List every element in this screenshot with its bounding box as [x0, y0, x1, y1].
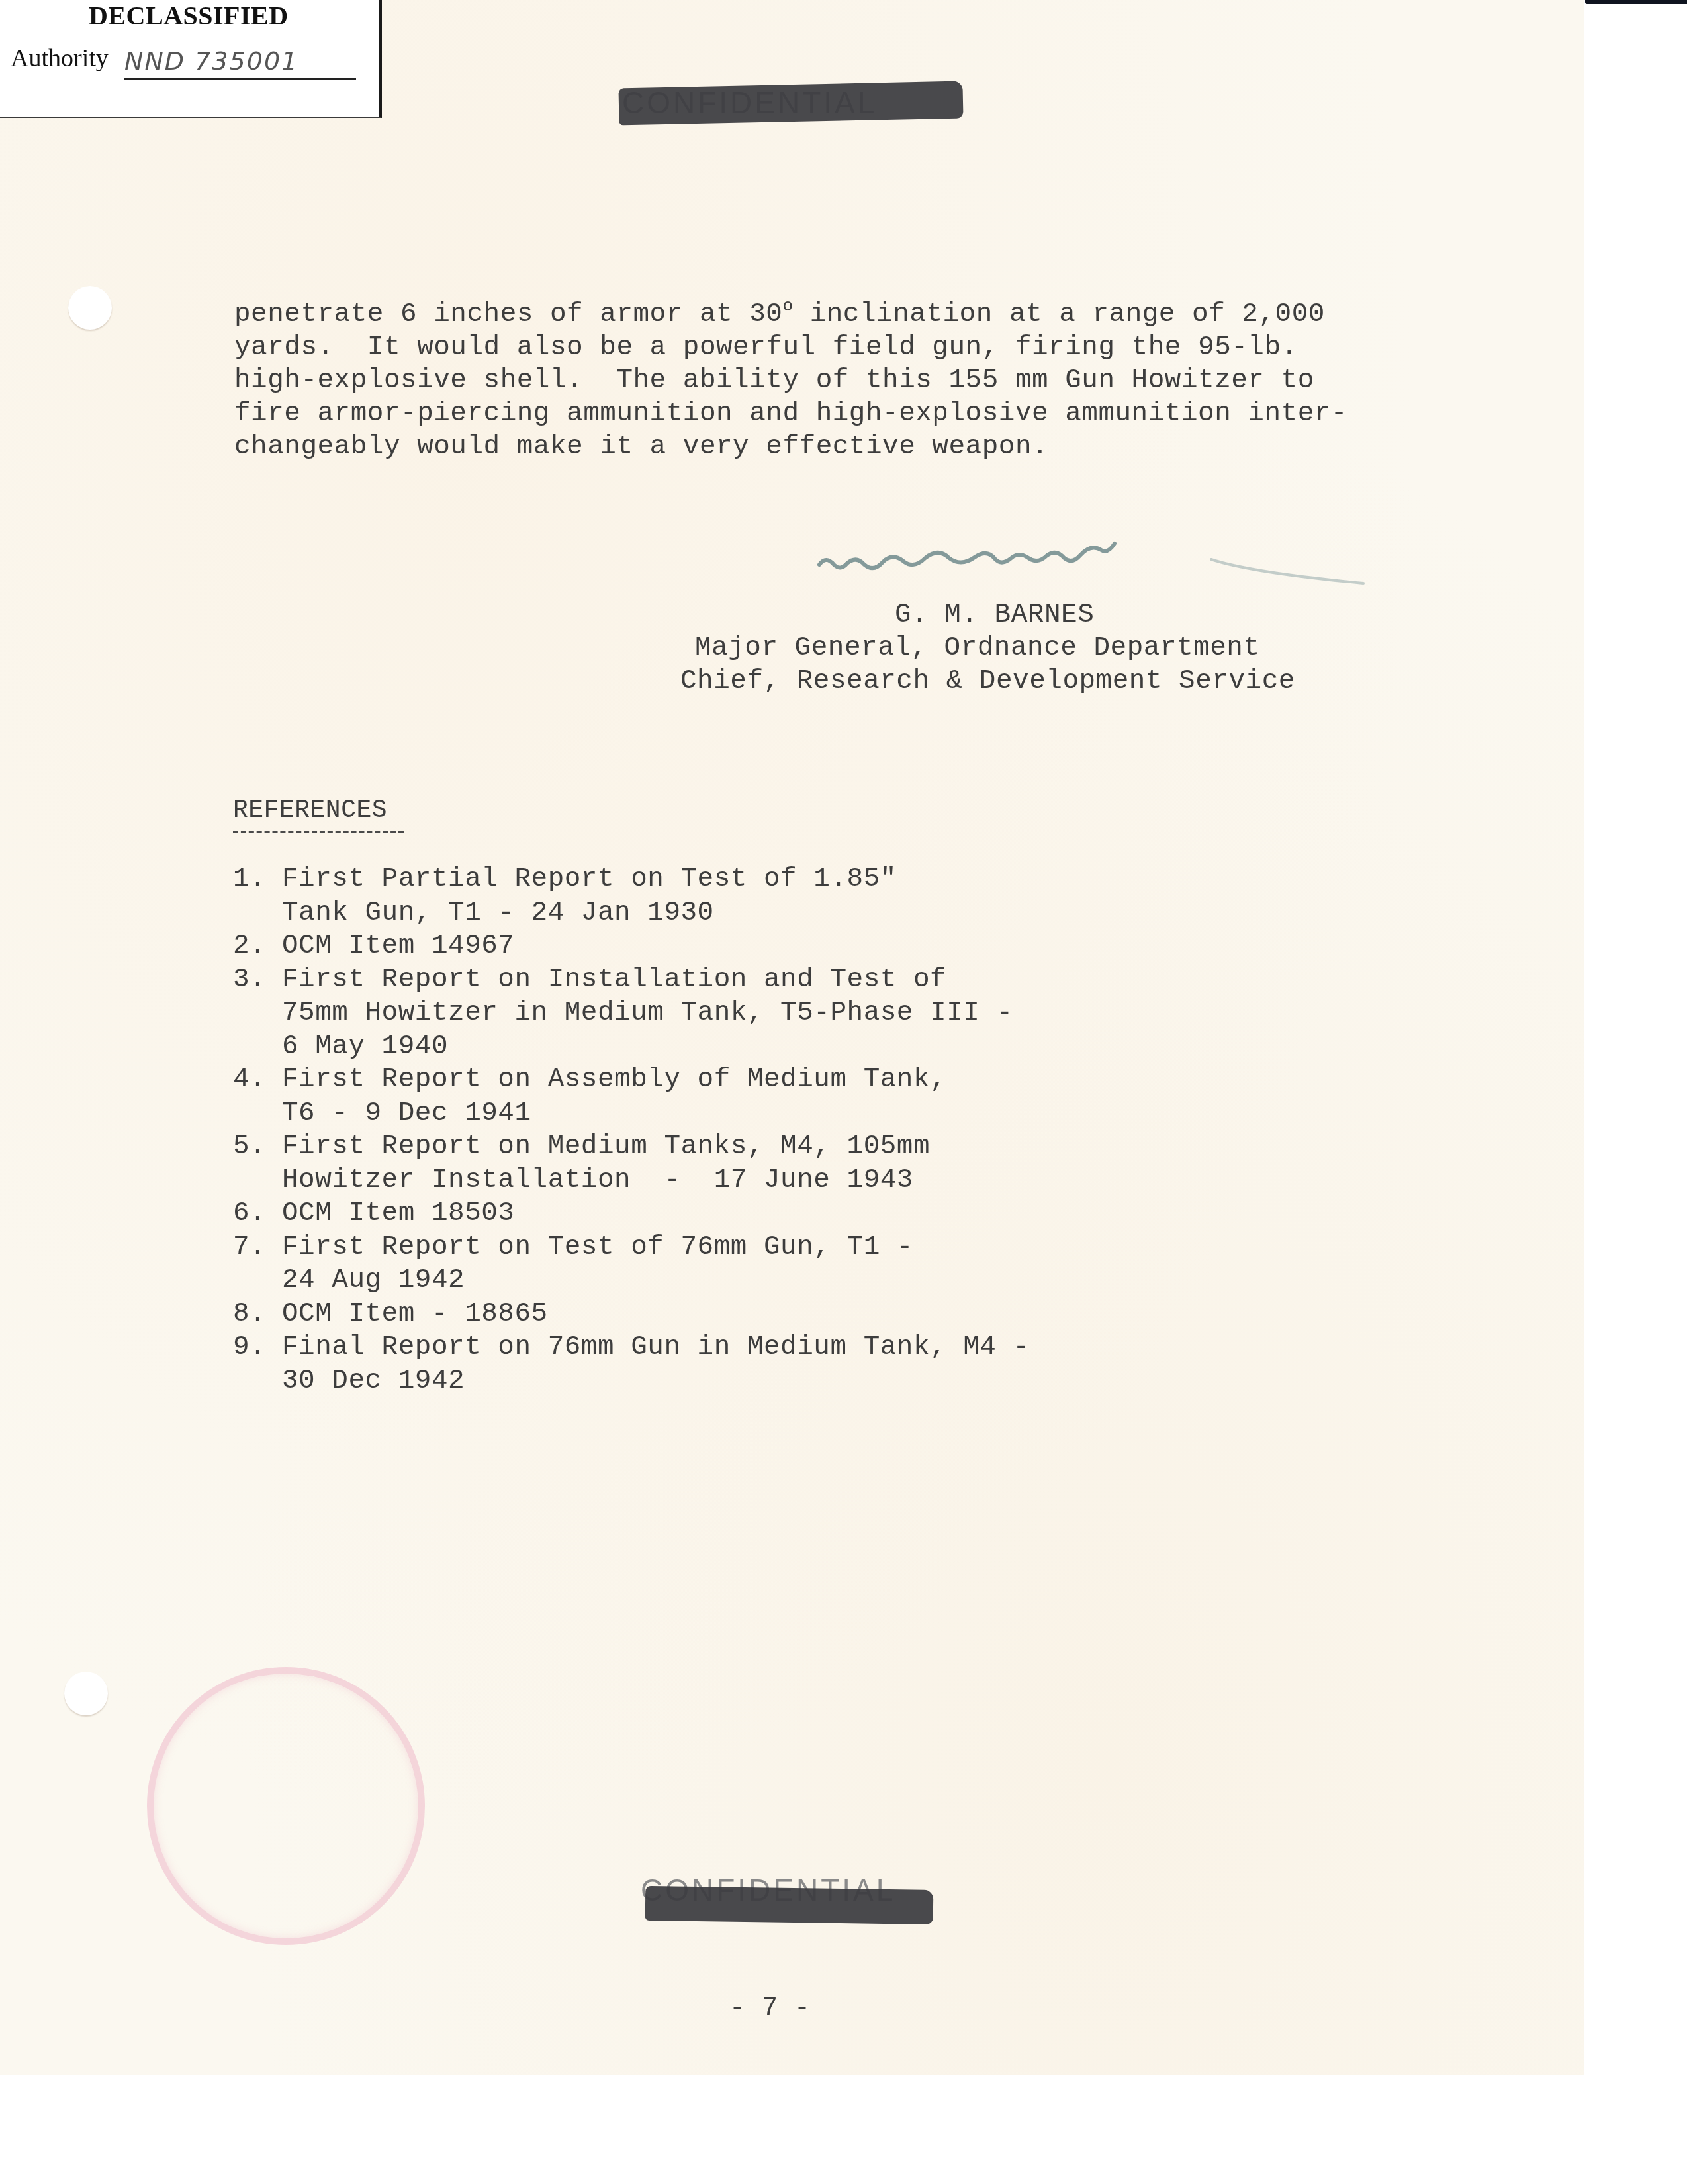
references-heading: REFERENCES	[233, 796, 387, 825]
authority-label: Authority	[11, 44, 109, 73]
reference-number: 2.	[233, 931, 266, 961]
reference-item-text: First Partial Report on Test of 1.85"	[282, 864, 897, 894]
redaction-bar-top	[618, 81, 963, 126]
reference-item-text: Final Report on 76mm Gun in Medium Tank,…	[282, 1332, 1030, 1362]
signer-title: Chief, Research & Development Service	[680, 666, 1295, 696]
degree-symbol: o	[782, 296, 793, 316]
reference-number: 6.	[233, 1198, 266, 1229]
reference-item-text: First Report on Installation and Test of	[282, 965, 946, 995]
body-line-3: high-explosive shell. The ability of thi…	[234, 365, 1314, 396]
reference-item-text: OCM Item 18503	[282, 1198, 514, 1229]
reference-item-text: First Report on Test of 76mm Gun, T1 -	[282, 1232, 913, 1262]
handwritten-signature	[814, 540, 1370, 586]
reference-item-text: 30 Dec 1942	[282, 1366, 465, 1396]
reference-item-text: T6 - 9 Dec 1941	[282, 1098, 531, 1129]
body-line-2: yards. It would also be a powerful field…	[234, 332, 1298, 363]
reference-number: 1.	[233, 864, 266, 894]
reference-item-text: 24 Aug 1942	[282, 1265, 465, 1296]
reference-item-text: 75mm Howitzer in Medium Tank, T5-Phase I…	[282, 998, 1013, 1028]
reference-item-text: Howitzer Installation - 17 June 1943	[282, 1165, 913, 1196]
body-line-1: penetrate 6 inches of armor at 30o incli…	[234, 299, 1325, 330]
reference-item-text: 6 May 1940	[282, 1031, 448, 1062]
punch-hole-bottom	[64, 1672, 108, 1715]
redaction-bar-bottom	[645, 1886, 934, 1924]
body-line-4: fire armor-piercing ammunition and high-…	[234, 399, 1347, 429]
reference-item-text: Tank Gun, T1 - 24 Jan 1930	[282, 898, 714, 928]
reference-item-text: OCM Item - 18865	[282, 1299, 548, 1329]
reference-number: 3.	[233, 965, 266, 995]
reference-item-text: OCM Item 14967	[282, 931, 514, 961]
declassification-stamp: DECLASSIFIED Authority NND 735001	[0, 0, 382, 118]
document-page: DECLASSIFIED Authority NND 735001 CONFID…	[0, 0, 1584, 2075]
reference-number: 9.	[233, 1332, 266, 1362]
reference-number: 5.	[233, 1131, 266, 1162]
faded-circular-stamp	[147, 1667, 425, 1945]
punch-hole-top	[68, 286, 112, 330]
reference-item-text: First Report on Medium Tanks, M4, 105mm	[282, 1131, 930, 1162]
signer-name: G. M. BARNES	[895, 600, 1094, 630]
reference-number: 8.	[233, 1299, 266, 1329]
reference-number: 4.	[233, 1065, 266, 1095]
signer-rank: Major General, Ordnance Department	[695, 633, 1260, 663]
declassified-title: DECLASSIFIED	[89, 0, 289, 31]
scan-edge-shadow	[1585, 0, 1687, 4]
body-line-5: changeably would make it a very effectiv…	[234, 432, 1048, 462]
page-number: - 7 -	[729, 1994, 811, 2024]
reference-item-text: First Report on Assembly of Medium Tank,	[282, 1065, 946, 1095]
reference-number: 7.	[233, 1232, 266, 1262]
authority-value: NND 735001	[124, 46, 356, 80]
references-heading-underline	[233, 831, 404, 833]
